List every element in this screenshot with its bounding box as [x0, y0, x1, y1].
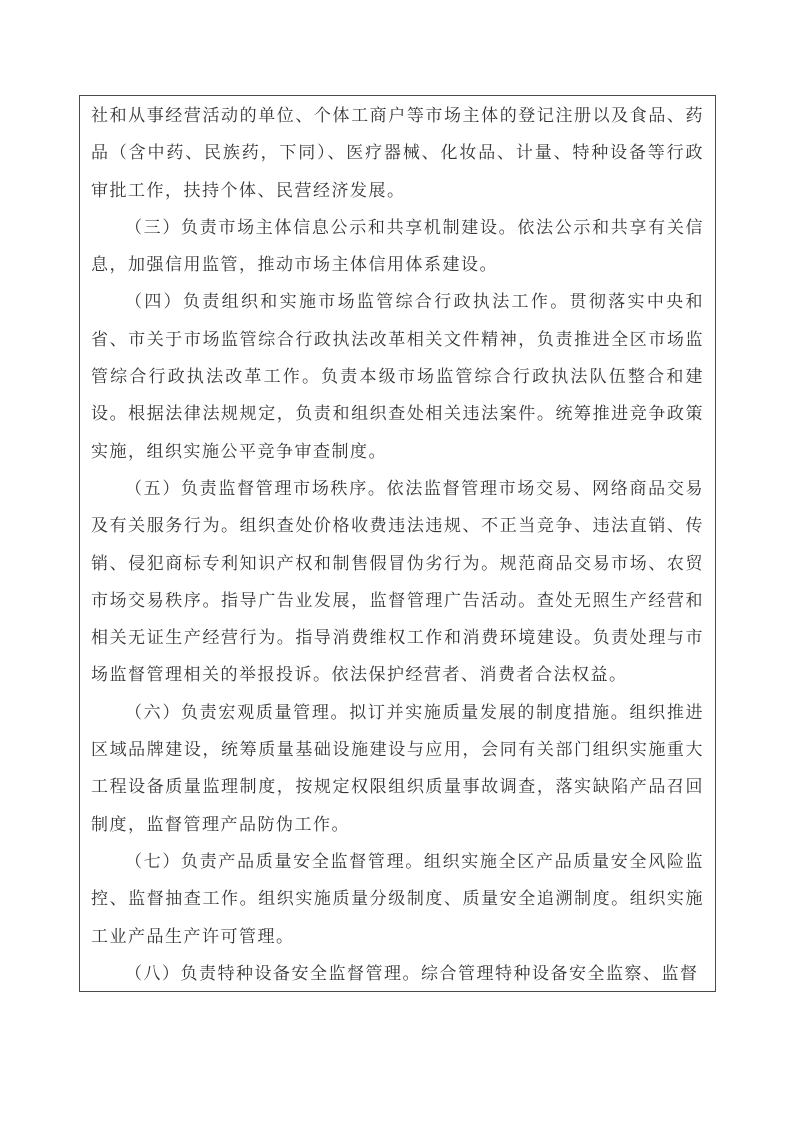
paragraph-item-7: （七）负责产品质量安全监督管理。组织实施全区产品质量安全风险监控、监督抽查工作。…: [91, 843, 704, 955]
paragraph-continuation: 社和从事经营活动的单位、个体工商户等市场主体的登记注册以及食品、药品（含中药、民…: [91, 97, 704, 209]
paragraph-item-4: （四）负责组织和实施市场监管综合行政执法工作。贯彻落实中央和省、市关于市场监管综…: [91, 283, 704, 469]
table-cell-border: 社和从事经营活动的单位、个体工商户等市场主体的登记注册以及食品、药品（含中药、民…: [79, 95, 716, 992]
document-text-area: 社和从事经营活动的单位、个体工商户等市场主体的登记注册以及食品、药品（含中药、民…: [80, 96, 715, 992]
paragraph-item-6: （六）负责宏观质量管理。拟订并实施质量发展的制度措施。组织推进区域品牌建设，统筹…: [91, 694, 704, 843]
paragraph-item-5: （五）负责监督管理市场秩序。依法监督管理市场交易、网络商品交易及有关服务行为。组…: [91, 470, 704, 694]
paragraph-item-3: （三）负责市场主体信息公示和共享机制建设。依法公示和共享有关信息，加强信用监管，…: [91, 209, 704, 284]
paragraph-item-8: （八）负责特种设备安全监督管理。综合管理特种设备安全监察、监督: [91, 955, 704, 992]
document-page: 社和从事经营活动的单位、个体工商户等市场主体的登记注册以及食品、药品（含中药、民…: [0, 0, 793, 1122]
